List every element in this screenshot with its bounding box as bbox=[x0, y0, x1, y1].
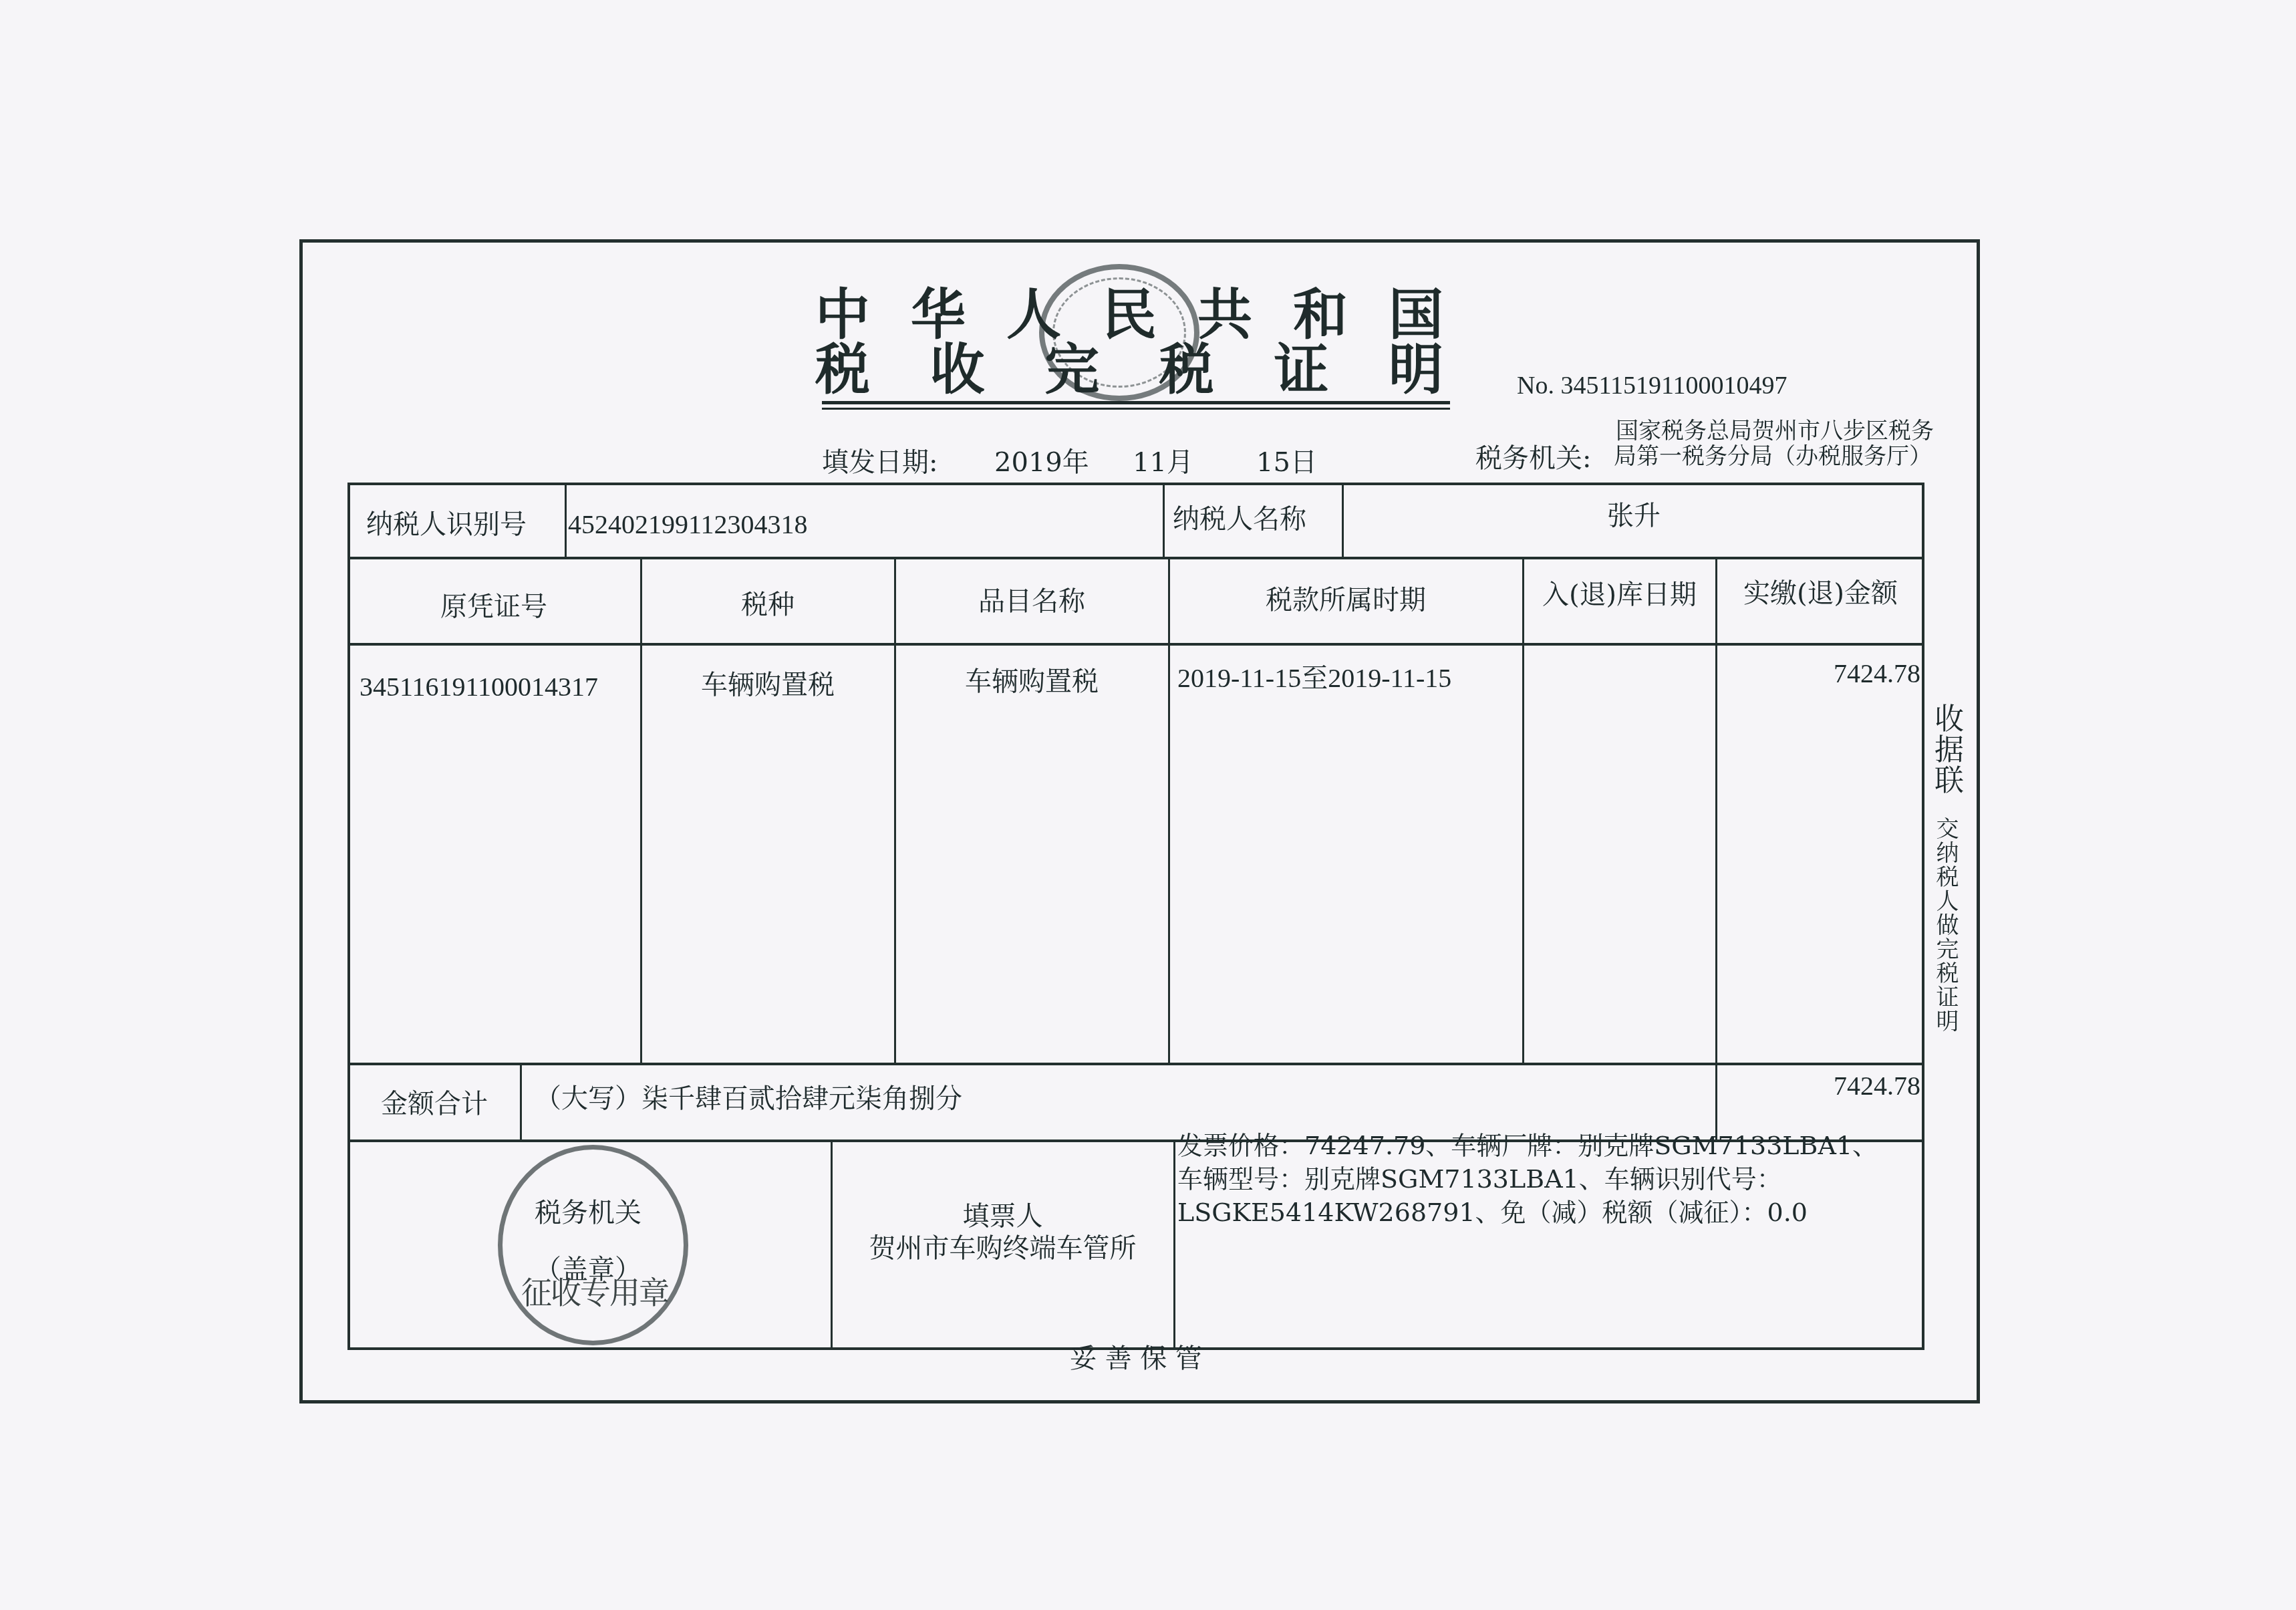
authority-label: 税务机关 bbox=[535, 1200, 641, 1226]
taxpayer-name-value: 张升 bbox=[1343, 503, 1924, 529]
header-tax-period: 税款所属时期 bbox=[1169, 587, 1522, 614]
remarks-line-3: LSGKE5414KW268791、免（减）税额（减征）：0.0 bbox=[1177, 1200, 1808, 1225]
row-divider bbox=[347, 643, 1924, 646]
col-divider bbox=[894, 558, 896, 1064]
total-label: 金额合计 bbox=[381, 1091, 488, 1117]
cell-voucher-no: 345116191100014317 bbox=[360, 674, 598, 700]
title-underline-thin bbox=[822, 408, 1450, 410]
row-divider bbox=[347, 557, 1924, 559]
issue-date-year: 2019年 bbox=[994, 449, 1089, 476]
filler-name: 贺州市车购终端车管所 bbox=[832, 1235, 1173, 1262]
issue-date-day: 15日 bbox=[1256, 449, 1317, 476]
taxpayer-id-value: 452402199112304318 bbox=[568, 511, 808, 538]
col-divider bbox=[1522, 558, 1524, 1064]
tax-authority-name-line1: 国家税务总局贺州市八步区税务 bbox=[1616, 420, 1934, 442]
header-entry-date: 入(退)库日期 bbox=[1524, 581, 1715, 608]
cell-item-name: 车辆购置税 bbox=[895, 668, 1168, 695]
cell-tax-period: 2019-11-15至2019-11-15 bbox=[1177, 665, 1451, 692]
title-underline bbox=[822, 401, 1450, 404]
col-divider bbox=[1163, 483, 1165, 558]
remarks-line-2: 车辆型号：别克牌SGM7133LBA1、车辆识别代号： bbox=[1177, 1166, 1782, 1192]
col-divider bbox=[565, 483, 567, 558]
collection-seal-icon bbox=[498, 1145, 688, 1345]
cell-amount: 7424.78 bbox=[1834, 660, 1920, 687]
header-amount: 实缴(退)金额 bbox=[1717, 580, 1924, 607]
header-tax-type: 税种 bbox=[641, 591, 894, 618]
tax-authority-name-line2: 局第一税务分局（办税服务厅） bbox=[1614, 445, 1932, 468]
title-line-1: 中 华 人 民 共 和 国 bbox=[815, 287, 1443, 342]
header-item-name: 品目名称 bbox=[895, 588, 1168, 615]
col-divider bbox=[1173, 1141, 1175, 1350]
copy-name-label: 收据联 bbox=[1931, 703, 1961, 795]
cell-tax-type: 车辆购置税 bbox=[641, 672, 894, 698]
title-line-2: 税 收 完 税 证 明 bbox=[815, 342, 1443, 397]
total-capital-text: （大写）柒千肆百贰拾肆元柒角捌分 bbox=[535, 1085, 962, 1112]
tax-authority-label: 税务机关: bbox=[1475, 445, 1591, 472]
taxpayer-id-label: 纳税人识别号 bbox=[366, 511, 527, 538]
remarks-line-1: 发票价格：74247.79、车辆厂牌：别克牌SGM7133LBA1、 bbox=[1177, 1133, 1878, 1158]
keep-safe-note: 妥 善 保 管 bbox=[347, 1345, 1924, 1372]
row-divider bbox=[347, 1063, 1924, 1065]
col-divider bbox=[640, 558, 642, 1064]
issue-date-label: 填发日期: bbox=[822, 449, 938, 476]
total-amount: 7424.78 bbox=[1834, 1073, 1920, 1099]
issue-date-month: 11月 bbox=[1133, 449, 1193, 476]
filler-label: 填票人 bbox=[832, 1203, 1173, 1230]
col-divider bbox=[520, 1064, 522, 1141]
serial-number: No. 345115191100010497 bbox=[1517, 373, 1787, 398]
stamp-text: 征收专用章 bbox=[508, 1268, 682, 1313]
header-voucher-no: 原凭证号 bbox=[347, 593, 640, 620]
taxpayer-name-label: 纳税人名称 bbox=[1173, 506, 1306, 533]
col-divider bbox=[1715, 558, 1717, 1141]
copy-purpose-label: 交纳税人做完税证明 bbox=[1934, 817, 1957, 1033]
col-divider bbox=[1168, 558, 1170, 1064]
